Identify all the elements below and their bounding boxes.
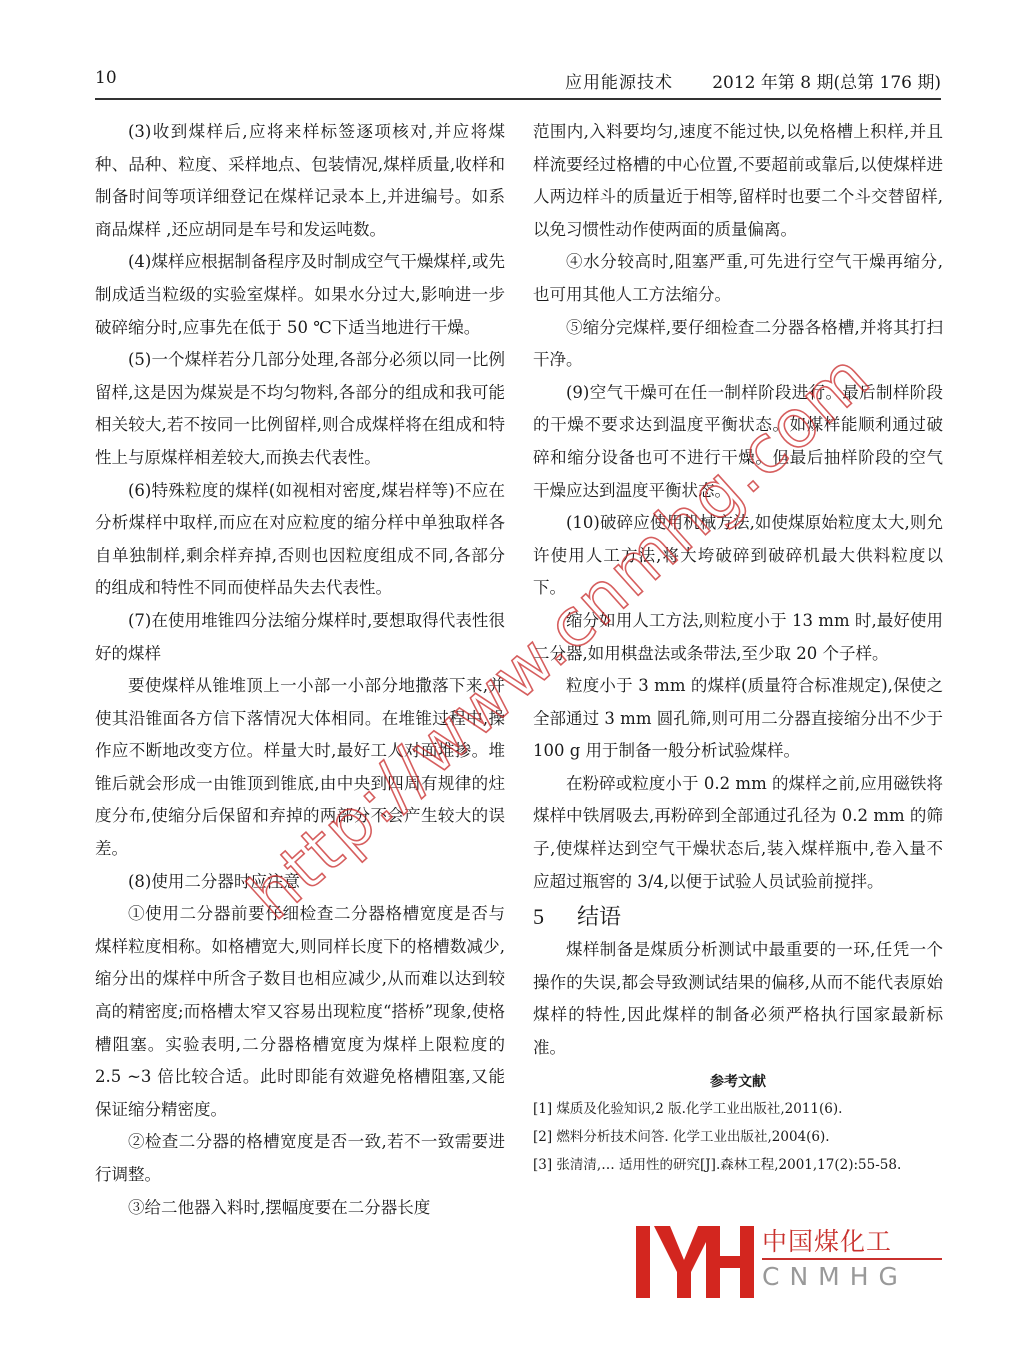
left-column: (3)收到煤样后,应将来样标签逐项核对,并应将煤种、品种、粒度、采样地点、包装情… — [95, 116, 505, 1224]
reference-item: [3] 张清清,… 适用性的研究[J].森林工程,2001,17(2):55-5… — [533, 1151, 943, 1179]
cnmhg-logo: 中国煤化工 CNMHG — [636, 1222, 946, 1302]
page-header: 10 应用能源技术 2012 年第 8 期(总第 176 期) — [95, 62, 941, 100]
section-number: 5 — [533, 900, 577, 934]
paragraph: (5)一个煤样若分几部分处理,各部分必须以同一比例留样,这是因为煤炭是不均匀物料… — [95, 344, 505, 474]
paragraph: ④水分较高时,阻塞严重,可先进行空气干燥再缩分,也可用其他人工方法缩分。 — [533, 246, 943, 311]
iyh-logo-icon — [636, 1222, 756, 1302]
paragraph: 煤样制备是煤质分析测试中最重要的一环,任凭一个操作的失误,都会导致测试结果的偏移… — [533, 934, 943, 1064]
paragraph: (10)破碎应使用机械方法,如使煤原始粒度太大,则允许使用人工方法,将大垮破碎到… — [533, 507, 943, 605]
paragraph: 在粉碎或粒度小于 0.2 mm 的煤样之前,应用磁铁将煤样中铁屑吸去,再粉碎到全… — [533, 768, 943, 898]
reference-item: [1] 煤质及化验知识,2 版.化学工业出版社,2011(6). — [533, 1095, 943, 1123]
logo-english-text: CNMHG — [762, 1262, 908, 1291]
paragraph: 范围内,入料要均匀,速度不能过快,以免格槽上积样,并且样流要经过格槽的中心位置,… — [533, 116, 943, 246]
paragraph: 缩分如用人工方法,则粒度小于 13 mm 时,最好使用二分器,如用棋盘法或条带法… — [533, 605, 943, 670]
page-number: 10 — [95, 68, 117, 88]
journal-title: 应用能源技术 — [565, 68, 673, 93]
paragraph: 要使煤样从锥堆顶上一小部一小部分地撒落下来,并使其沿锥面各方信下落情况大体相同。… — [95, 670, 505, 866]
paragraph: ①使用二分器前要仔细检查二分器格槽宽度是否与煤样粒度相称。如格槽宽大,则同样长度… — [95, 898, 505, 1126]
references-heading: 参考文献 — [533, 1069, 943, 1095]
logo-chinese-text: 中国煤化工 — [762, 1222, 892, 1258]
paragraph: (7)在使用堆锥四分法缩分煤样时,要想取得代表性很好的煤样 — [95, 605, 505, 670]
paragraph: (4)煤样应根据制备程序及时制成空气干燥煤样,或先制成适当粒级的实验室煤样。如果… — [95, 246, 505, 344]
paragraph: (9)空气干燥可在任一制样阶段进行。最后制样阶段的干燥不要求达到温度平衡状态。如… — [533, 377, 943, 507]
section-heading: 5结语 — [533, 900, 943, 934]
paragraph: (6)特殊粒度的煤样(如视相对密度,煤岩样等)不应在分析煤样中取样,而应在对应粒… — [95, 475, 505, 605]
paragraph: 粒度小于 3 mm 的煤样(质量符合标准规定),保使之全部通过 3 mm 圆孔筛… — [533, 670, 943, 768]
right-column: 范围内,入料要均匀,速度不能过快,以免格槽上积样,并且样流要经过格槽的中心位置,… — [533, 116, 943, 1179]
paragraph: (3)收到煤样后,应将来样标签逐项核对,并应将煤种、品种、粒度、采样地点、包装情… — [95, 116, 505, 246]
section-title: 结语 — [577, 905, 621, 930]
issue-info: 2012 年第 8 期(总第 176 期) — [712, 68, 941, 93]
paragraph: ②检查二分器的格槽宽度是否一致,若不一致需要进行调整。 — [95, 1126, 505, 1191]
paragraph: (8)使用二分器时应注意 — [95, 866, 505, 899]
paragraph: ⑤缩分完煤样,要仔细检查二分器各格槽,并将其打扫干净。 — [533, 312, 943, 377]
paragraph: ③给二他器入料时,摆幅度要在二分器长度 — [95, 1192, 505, 1225]
logo-divider — [762, 1258, 942, 1260]
reference-item: [2] 燃料分析技术问答. 化学工业出版社,2004(6). — [533, 1123, 943, 1151]
